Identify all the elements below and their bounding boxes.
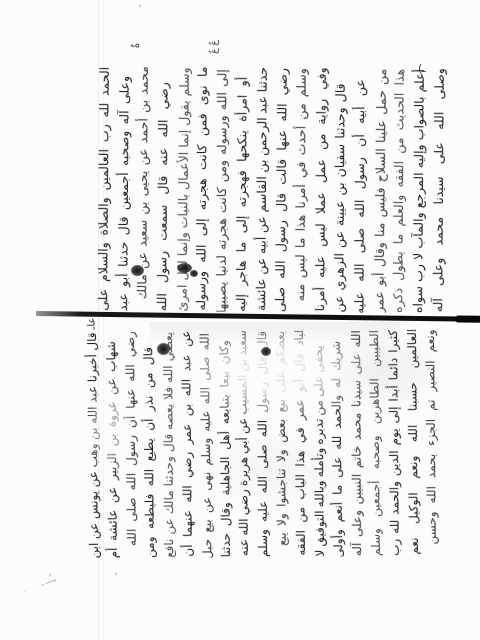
manuscript-line: إلى الله ورسوله ومن كانت هجرته لدنيا يصي… <box>212 69 233 313</box>
ink-blob <box>157 343 170 355</box>
ink-blob <box>261 347 271 356</box>
ink-blob <box>131 265 144 276</box>
manuscript-line: أو امرأة ينكحها فهجرته إلى ما هاجر إليه … <box>231 68 252 312</box>
manuscript-line: بعضكم على بيع بعض ولا تناجشوا ولا يبع حا… <box>271 331 292 557</box>
scan-speck <box>205 14 206 15</box>
scanned-page: ةٌ عٌ عٌ (ـ الحمد لله رب العالمين والصلا… <box>0 0 480 640</box>
manuscript-line: ونعم النصير تم الجزء بحمد الله وحسن عونه <box>421 329 442 555</box>
divider-bar-end <box>456 315 480 322</box>
scan-speck <box>30 120 31 121</box>
ink-blob <box>190 270 198 277</box>
manuscript-line: الطيبين الطاهرين وصحبه أجمعين وسلم تسليم… <box>365 330 386 556</box>
manuscript-line: عن عبد الله بن عمر رضي الله عنهما أن رسو… <box>177 331 198 557</box>
manuscript-line: يعصي الله فلا يعصه قال وحدثنا مالك عن نا… <box>159 332 179 558</box>
manuscript-line: وصلى الله على سيدنا محمد وعلى آله وصحبه … <box>428 68 449 312</box>
manuscript-line: قال أخبرنا عبد الله بن وهب عن يونس عن اب… <box>83 332 104 558</box>
annotation-mark: عٌ عٌ <box>210 40 220 54</box>
pencil-scribble: ـِـٌــ ـ <box>39 573 58 588</box>
manuscript-line: شريك له والحمد لله على ما أنعم وأولى وصل… <box>327 332 349 558</box>
manuscript-line: حدثنا عبد الرحمن بن القاسم عن أبيه عن عا… <box>251 67 272 311</box>
manuscript-text-lower: قال أخبرنا عبد الله بن وهب عن يونس عن اب… <box>83 329 443 558</box>
scan-speck <box>70 430 71 431</box>
manuscript-line: الحمد لله رب العالمين والصلاة والسلام عل… <box>93 67 114 311</box>
manuscript-line: وعلى آله وصحبه أجمعين قال حدثنا أبو عبد … <box>113 67 134 311</box>
manuscript-line: العالمين حسبنا الله ونعم الوكيل نعم المو… <box>403 329 424 554</box>
manuscript-line: الله على سيدنا محمد خاتم النبيين وعلى آل… <box>347 330 367 556</box>
manuscript-line: لباد قال أبو عمر في هذا الباب من الفقه م… <box>290 330 311 556</box>
scan-speck <box>460 210 461 211</box>
scan-speck <box>24 591 25 592</box>
manuscript-line: قال وحدثنا سفيان بن عيينة عن الزهري عن س… <box>329 68 350 312</box>
manuscript-line: الله صلى الله عليه وسلم نهى عن بيع حبل ا… <box>195 333 217 559</box>
manuscript-line: وكان بيعا يتبايعه أهل الجاهلية وقال حدثن… <box>215 331 236 557</box>
manuscript-line: سعيد بن المسيب عن أبي هريرة رضي الله عنه <box>233 330 254 556</box>
scan-speck <box>139 5 141 7</box>
manuscript-line: أعلم بالصواب وإليه المرجع والمآب لا رب س… <box>408 69 429 313</box>
manuscript-line: رضي الله عنه قال سمعت رسول الله صلى الله… <box>152 67 173 311</box>
manuscript-line: رضي الله عنها أن رسول الله صلى الله عليه… <box>121 331 142 557</box>
text-block-upper: الحمد لله رب العالمين والصلاة والسلام عل… <box>93 67 451 313</box>
manuscript-line: شهاب عن عروة بن الزبير عن عائشة أم المؤم… <box>102 332 123 558</box>
manuscript-line: وفي رواية من عمل عملا ليس عليه أمرنا فهو… <box>310 67 331 311</box>
annotation-mark: ةٌ <box>131 43 142 48</box>
manuscript-line: قال قال رسول الله صلى الله عليه وسلم لا … <box>253 331 273 557</box>
manuscript-line: وسلم من أحدث في أمرنا هذا ما ليس منه فهو… <box>290 68 311 312</box>
manuscript-line: قال من نذر أن يطيع الله فليطعه ومن نذر أ… <box>139 332 160 558</box>
annotation-mark: عاـ <box>86 318 97 330</box>
manuscript-line: كثيرا دائما أبدا إلى يوم الدين والحمد لل… <box>384 330 405 556</box>
scan-speck <box>115 573 117 575</box>
manuscript-line: عن أبيه أن رسول الله صلى الله عليه وسلم … <box>349 70 370 313</box>
manuscript-text-upper: الحمد لله رب العالمين والصلاة والسلام عل… <box>93 67 451 313</box>
scan-speck <box>452 505 453 506</box>
manuscript-line: هذا الحديث من الفقه والعلم ما يطول ذكره … <box>388 69 409 313</box>
text-block-lower: قال أخبرنا عبد الله بن وهب عن يونس عن اب… <box>83 329 443 558</box>
